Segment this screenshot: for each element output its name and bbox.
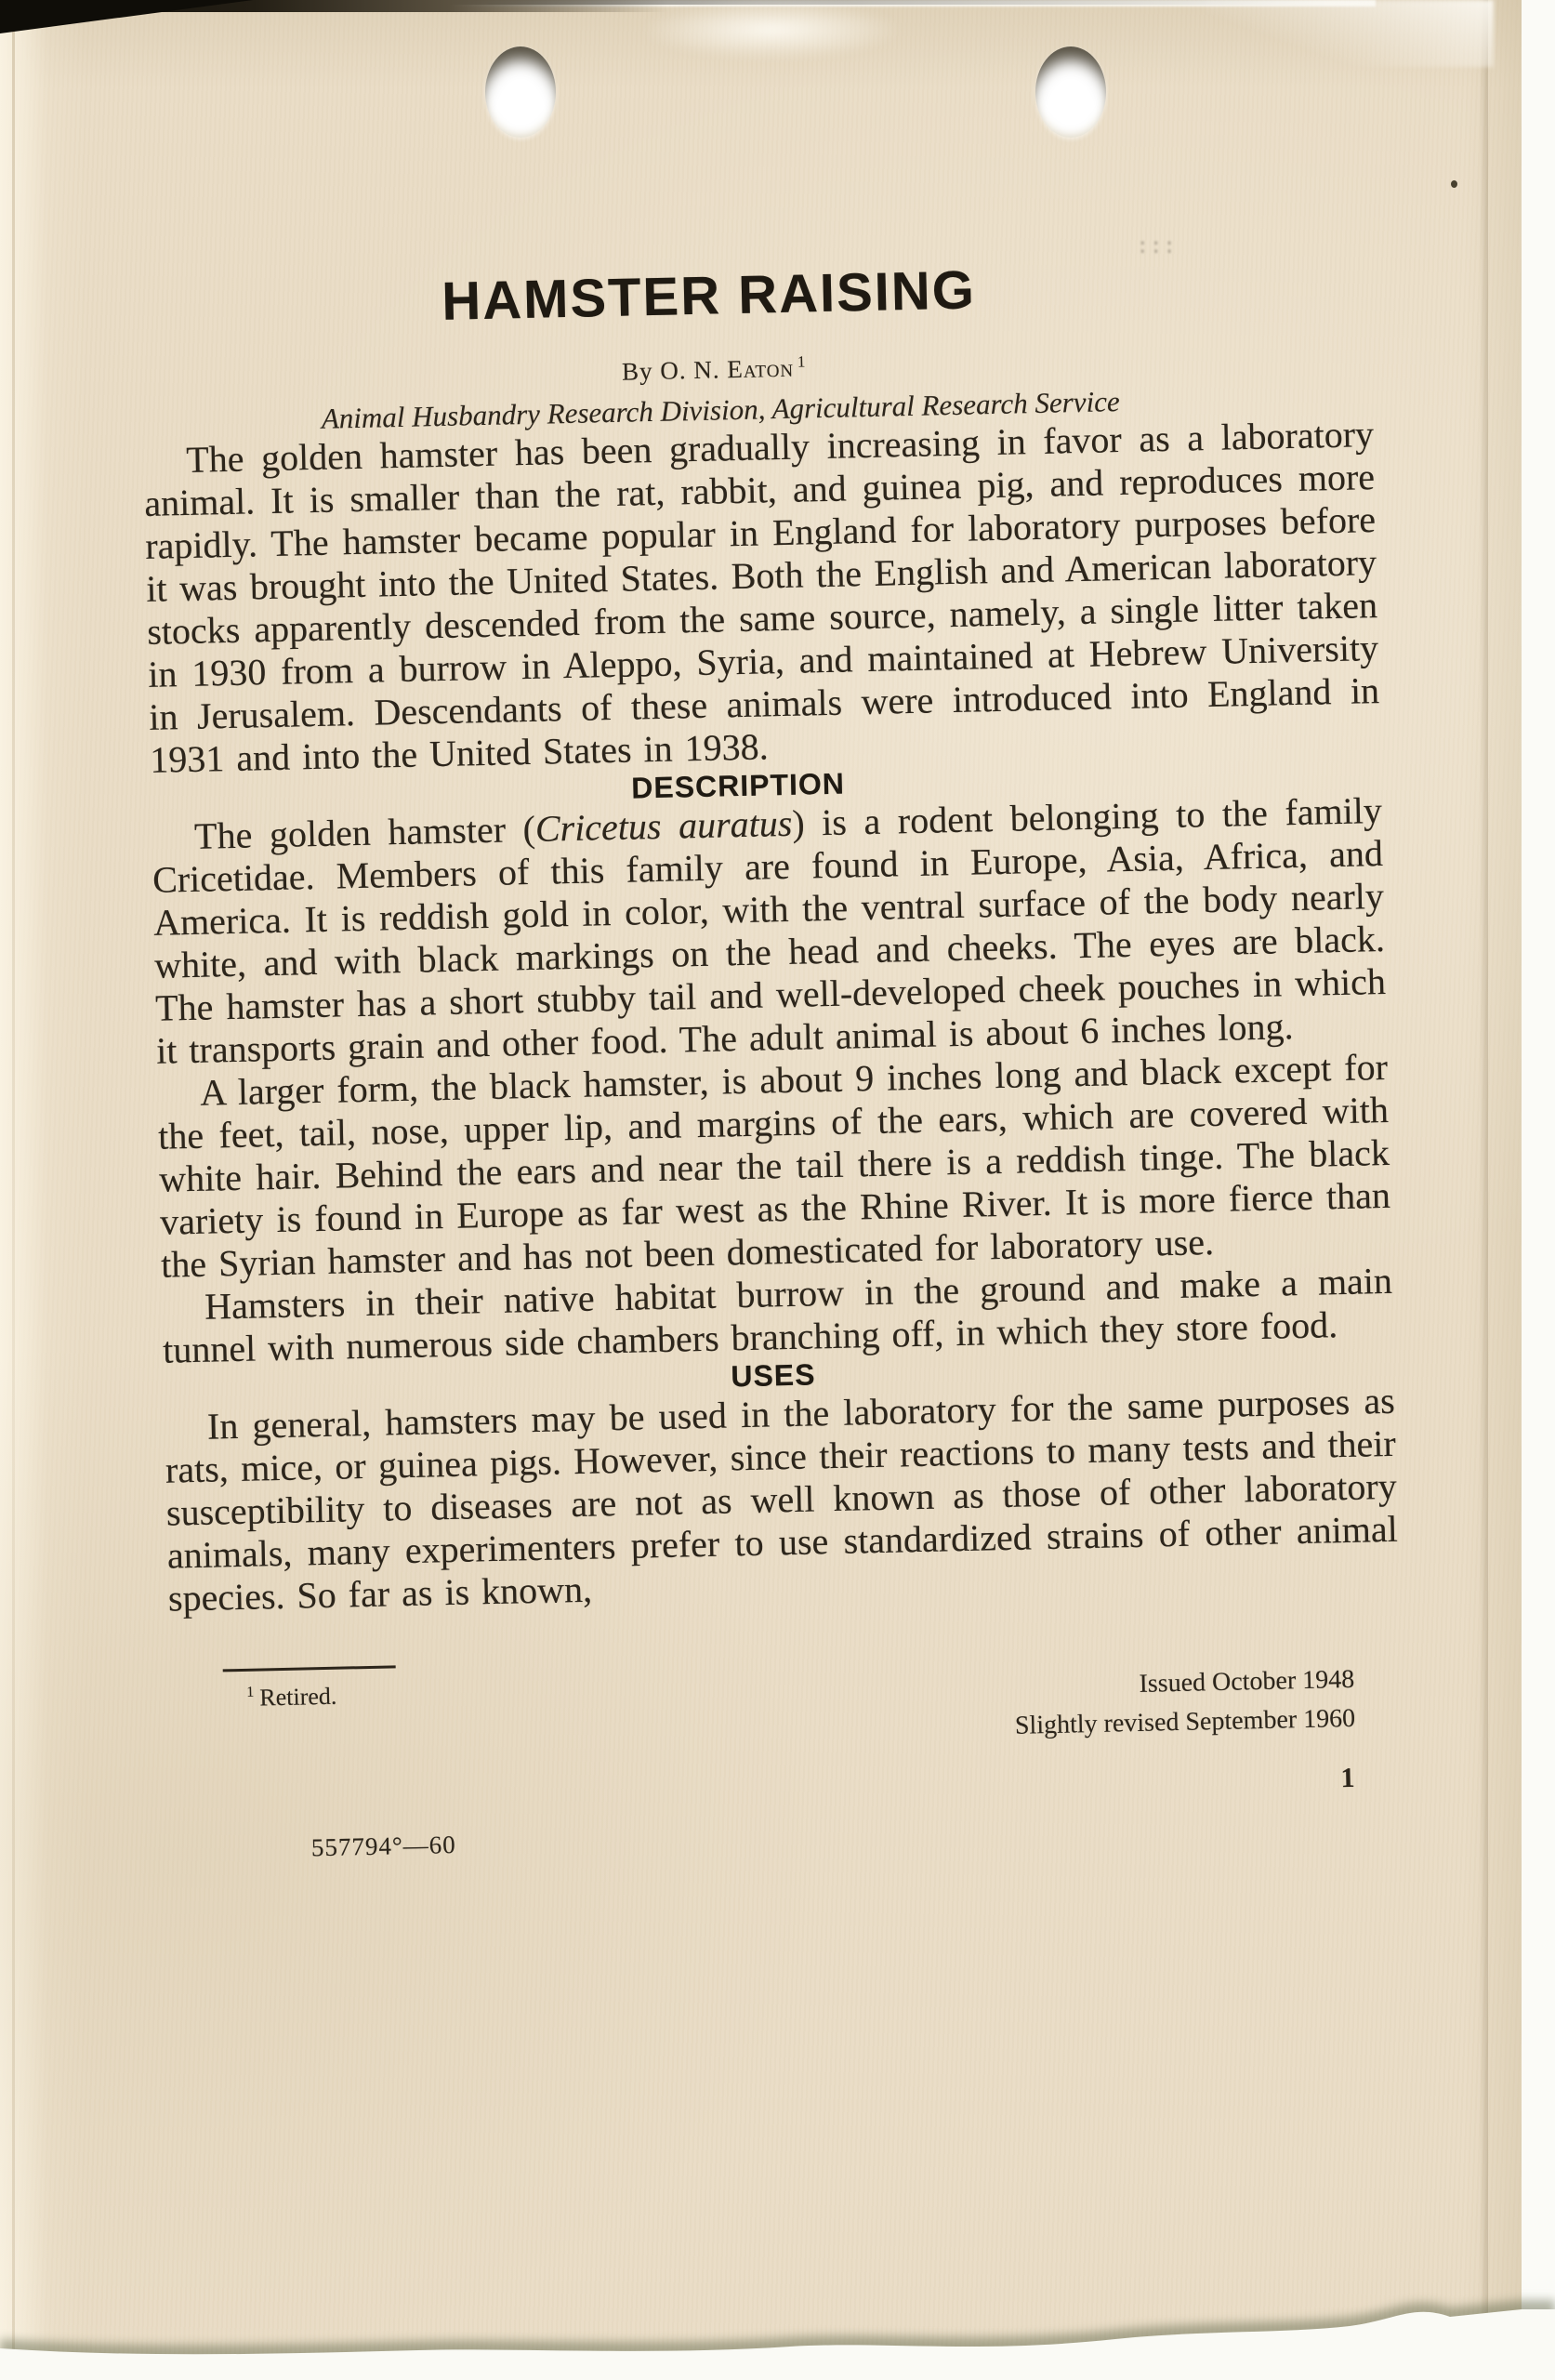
pencil-smudge: ::: (1136, 232, 1190, 257)
paper-right-edge-shade (1480, 0, 1488, 2380)
footer-row: 1Retired. Issued October 1948 Slightly r… (170, 1659, 1403, 1765)
paper-crease-highlight (641, 0, 902, 59)
species-latin-name: Cricetus auratus (534, 802, 792, 850)
author-name: O. N. Eaton (660, 354, 794, 385)
byline-prefix: By (622, 357, 653, 386)
description-paragraph-1: The golden hamster (Cricetus auratus) is… (152, 789, 1388, 1073)
scan-corner-shadow (0, 0, 253, 33)
uses-paragraph-1: In general, hamsters may be used in the … (165, 1380, 1400, 1620)
intro-paragraph: The golden hamster has been gradually in… (143, 413, 1381, 782)
footnote-divider (223, 1665, 396, 1672)
paper-left-crease (12, 0, 15, 2380)
paper-top-right-highlight (1206, 0, 1494, 67)
printed-content: HAMSTER RAISING By O. N. Eaton1 Animal H… (139, 250, 1404, 1865)
author-footnote-mark: 1 (797, 352, 807, 370)
scanned-page: ::: HAMSTER RAISING By O. N. Eaton1 Anim… (0, 0, 1555, 2380)
punch-hole-left (485, 46, 556, 138)
issued-line-2: Slightly revised September 1960 (1014, 1699, 1355, 1746)
footnote: 1Retired. (246, 1683, 337, 1712)
description-paragraph-2: A larger form, the black hamster, is abo… (157, 1046, 1392, 1287)
footnote-text: Retired. (259, 1683, 337, 1712)
issue-dates: Issued October 1948 Slightly revised Sep… (1014, 1659, 1403, 1746)
ink-speck (1451, 180, 1457, 188)
description-p1-pre: The golden hamster ( (194, 808, 536, 857)
footnote-mark: 1 (246, 1685, 254, 1700)
punch-hole-right (1035, 46, 1106, 138)
page-number: 1 (172, 1762, 1403, 1820)
torn-bottom-edge (0, 2259, 1555, 2380)
